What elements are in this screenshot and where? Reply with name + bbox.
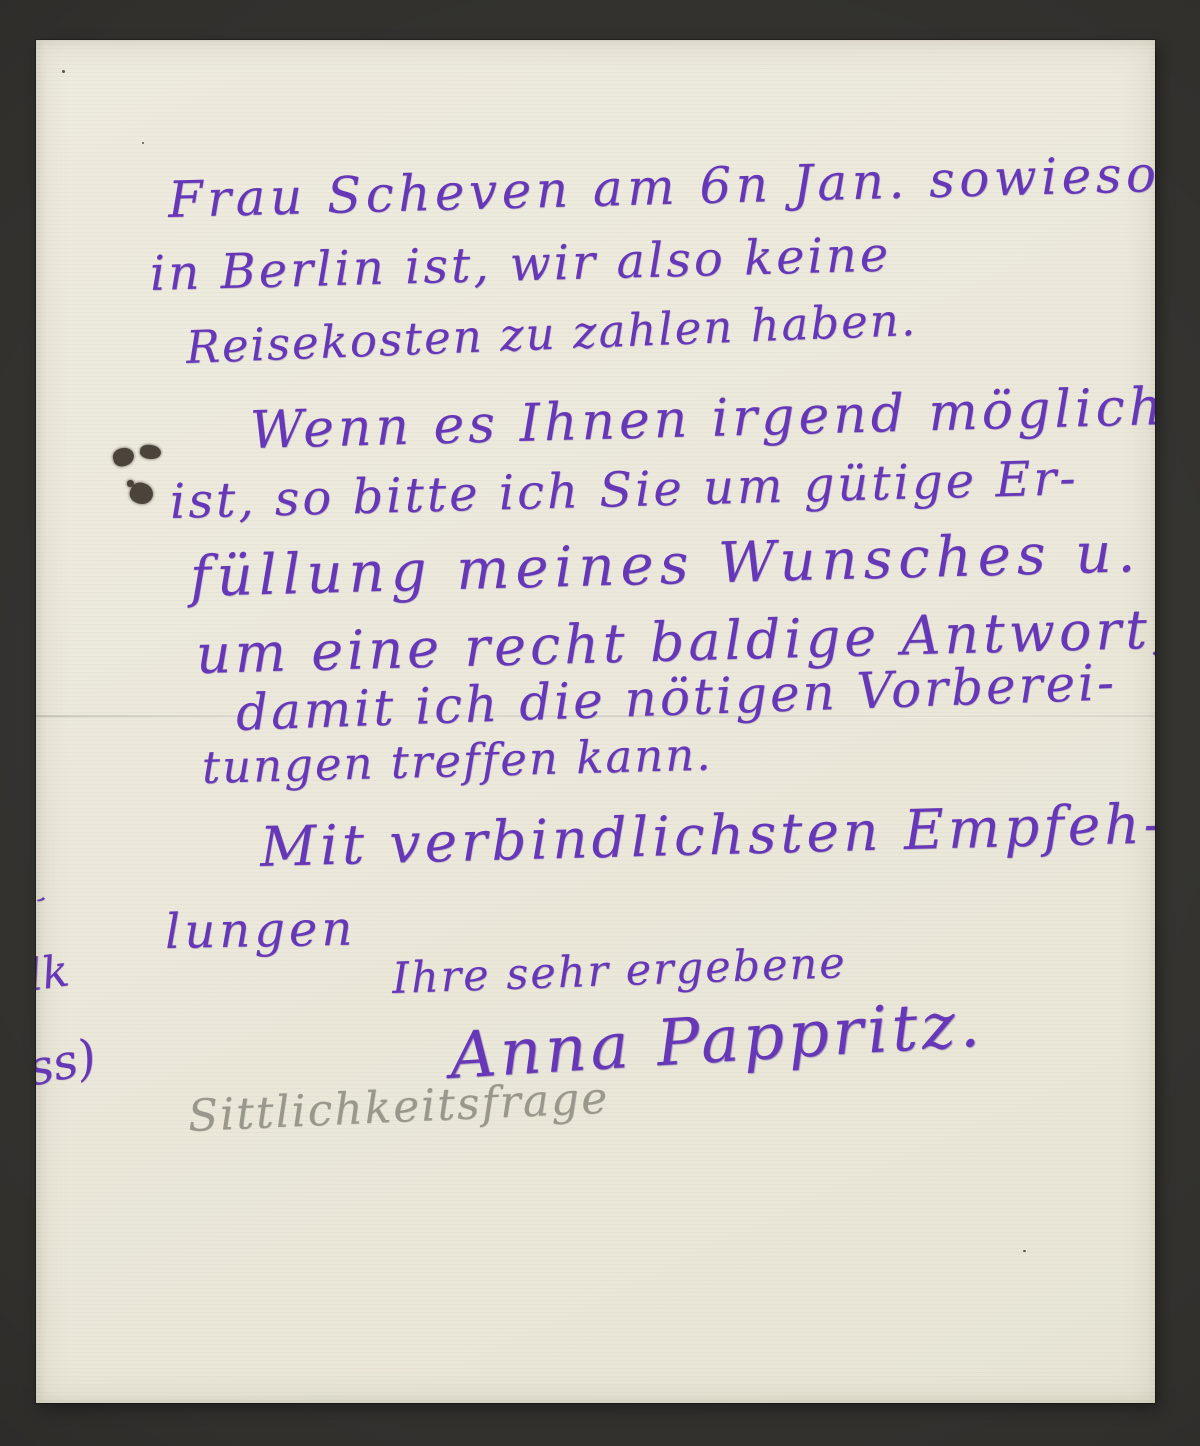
edge-ink-fragment: ess) [36, 1033, 100, 1100]
ink-blot [139, 444, 162, 461]
handwritten-line-1: Frau Scheven am 6n Jan. sowieso [167, 149, 1155, 225]
edge-ink-fragment: ‚ [36, 880, 57, 906]
pencil-annotation: Sittlichkeitsfrage [187, 1077, 610, 1139]
handwritten-line-12: Ihre sehr ergebene [391, 942, 847, 1001]
handwritten-line-3: Reisekosten zu zahlen haben. [185, 297, 918, 370]
handwritten-line-4: Wenn es Ihnen irgend möglich [249, 381, 1155, 457]
handwritten-line-9: tungen treffen kann. [201, 732, 713, 790]
paper-speck [1023, 1250, 1026, 1252]
handwritten-line-5: ist, so bitte ich Sie um gütige Er- [169, 454, 1079, 526]
paper-speck [142, 142, 144, 144]
paper-speck [62, 70, 65, 73]
letter-page: ‚ lk ess) Frau Scheven am 6n Jan. sowies… [36, 40, 1155, 1403]
handwritten-line-6: füllung meines Wunsches u. [189, 525, 1142, 606]
handwritten-line-10: Mit verbindlichsten Empfeh- [259, 796, 1155, 875]
handwritten-line-2: in Berlin ist, wir also keine [149, 231, 891, 298]
edge-ink-fragment: lk [36, 949, 72, 998]
ink-blot [111, 446, 136, 469]
signature: Anna Pappritz. [448, 992, 985, 1088]
handwritten-line-11: lungen [165, 905, 357, 956]
scan-background: ‚ lk ess) Frau Scheven am 6n Jan. sowies… [0, 0, 1200, 1446]
